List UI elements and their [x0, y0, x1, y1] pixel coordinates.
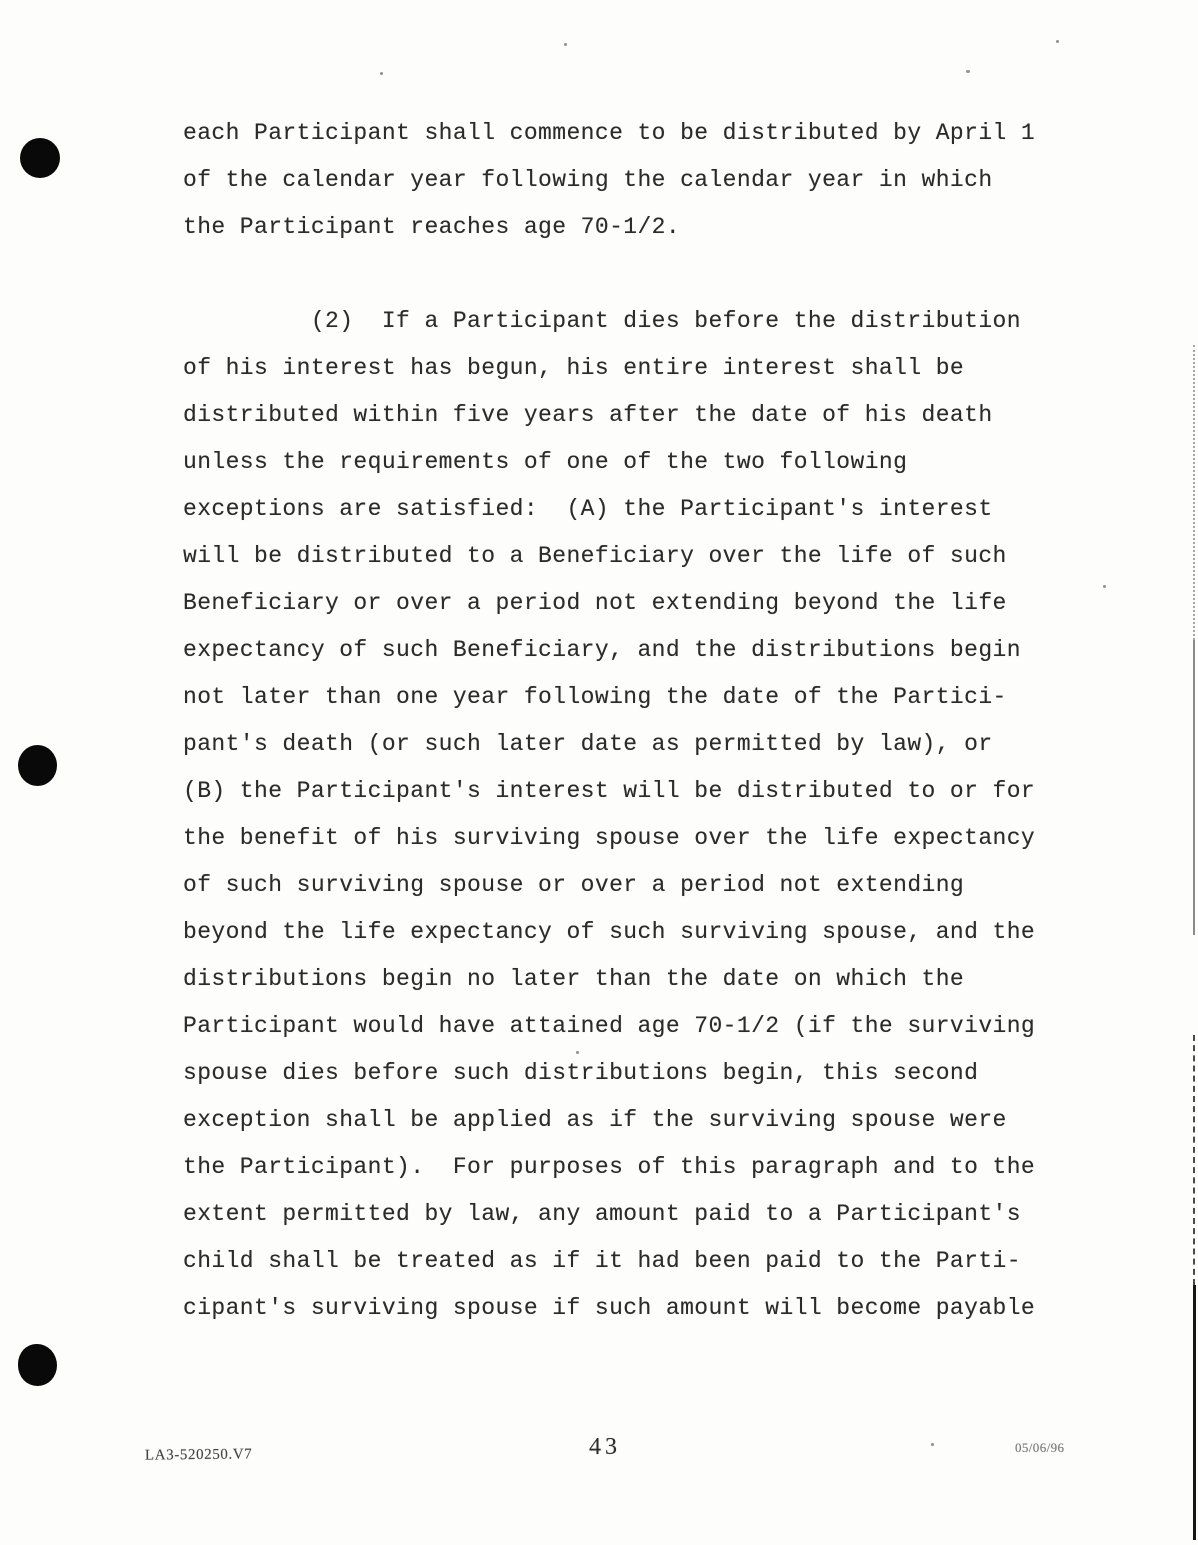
- scan-speck: [966, 70, 970, 73]
- scan-speck: [380, 72, 383, 75]
- hole-punch-mark: [18, 745, 57, 786]
- document-page: each Participant shall commence to be di…: [0, 0, 1198, 1545]
- body-paragraph-1: each Participant shall commence to be di…: [183, 110, 1035, 251]
- scan-speck: [564, 43, 567, 46]
- body-paragraph-2: (2) If a Participant dies before the dis…: [183, 298, 1035, 1332]
- scan-speck: [931, 1443, 934, 1446]
- scan-speck: [1103, 585, 1106, 588]
- footer-date: 05/06/96: [1015, 1440, 1064, 1456]
- footer-document-id: LA3-520250.V7: [145, 1446, 253, 1464]
- footer-page-number: 43: [589, 1434, 621, 1461]
- scan-speck: [1056, 40, 1059, 43]
- scan-edge-artifact: [1193, 1285, 1196, 1540]
- scan-edge-artifact: [1193, 640, 1195, 935]
- scan-edge-artifact: [1193, 1035, 1195, 1285]
- scan-speck: [576, 1051, 579, 1054]
- scan-edge-artifact: [1193, 345, 1195, 640]
- hole-punch-mark: [18, 1344, 57, 1386]
- hole-punch-mark: [20, 138, 60, 178]
